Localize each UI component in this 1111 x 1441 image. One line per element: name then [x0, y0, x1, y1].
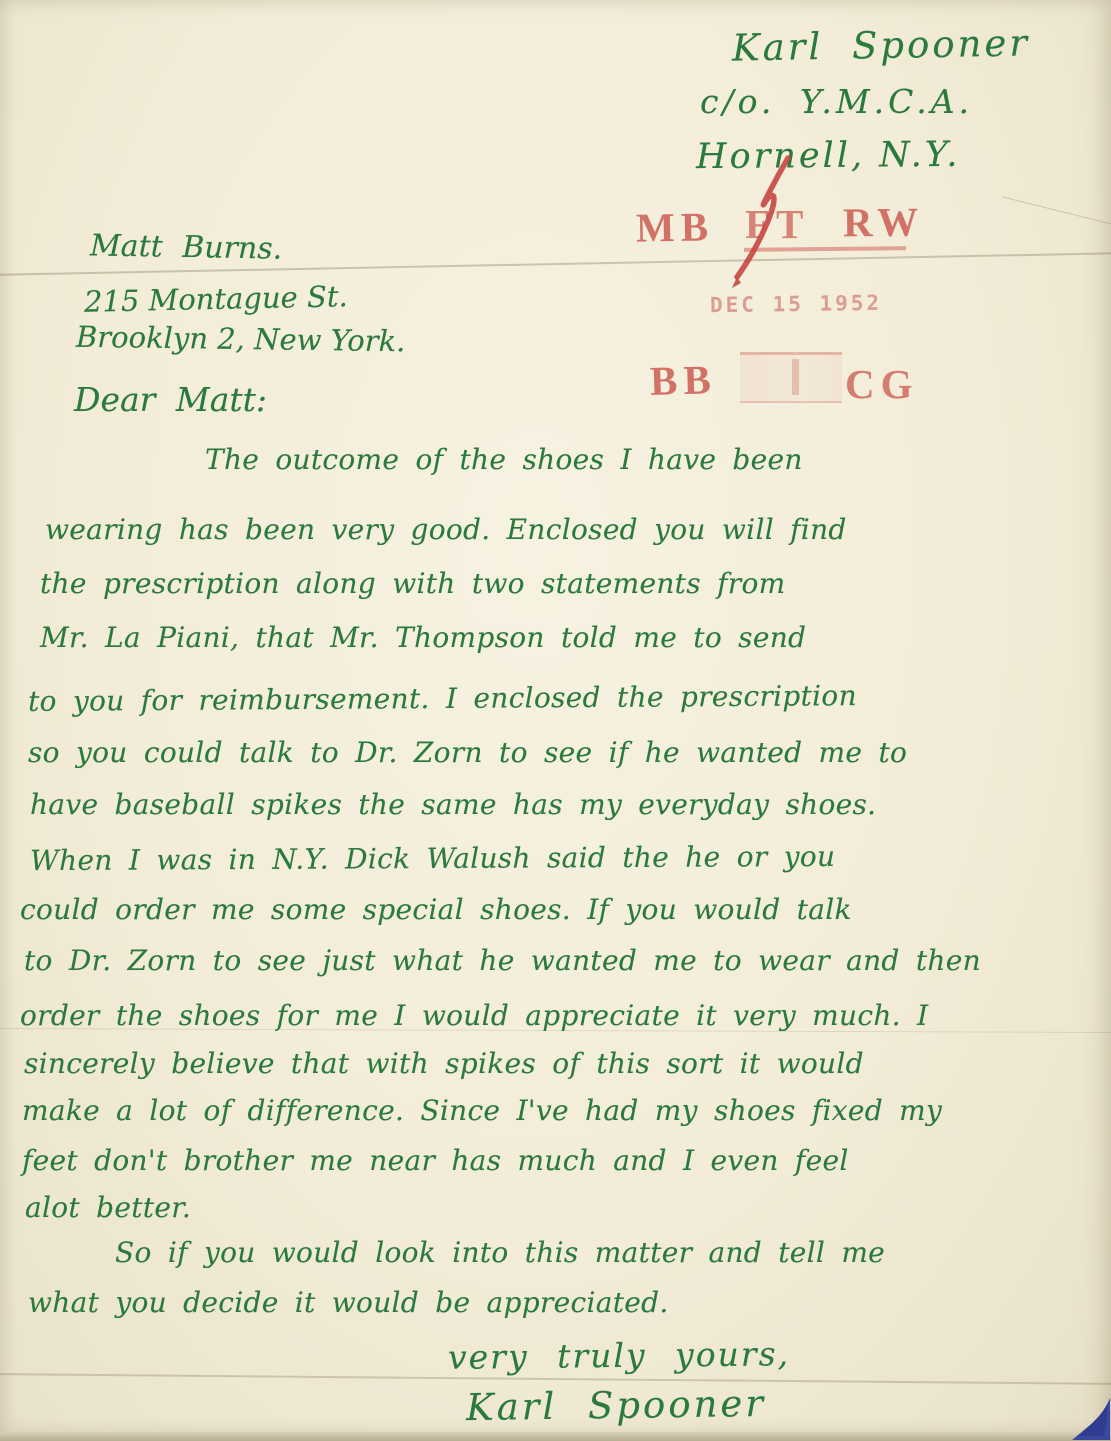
body-line: sincerely believe that with spikes of th… — [24, 1047, 864, 1080]
body-line: alot better. — [25, 1191, 191, 1224]
body-line: have baseball spikes the same has my eve… — [30, 788, 876, 821]
body-line: so you could talk to Dr. Zorn to see if … — [28, 736, 907, 769]
body-line: to Dr. Zorn to see just what he wanted m… — [24, 944, 981, 977]
body-line: could order me some special shoes. If yo… — [20, 893, 852, 926]
recipient-name: Matt Burns. — [90, 228, 283, 266]
body-line: So if you would look into this matter an… — [115, 1236, 885, 1269]
body-line: Mr. La Piani, that Mr. Thompson told me … — [40, 621, 806, 654]
body-line: The outcome of the shoes I have been — [205, 443, 803, 476]
page-bottom-edge — [0, 1432, 1111, 1441]
sender-name: Karl Spooner — [732, 21, 1031, 69]
letter-page: Karl Spooner c/o. Y.M.C.A. Hornell, N.Y.… — [0, 0, 1111, 1441]
body-line: what you decide it would be appreciated. — [28, 1286, 669, 1319]
body-line: When I was in N.Y. Dick Walush said the … — [30, 840, 835, 877]
routing-stamp-cg: CG — [845, 360, 919, 408]
routing-stamp-bb: BB — [649, 355, 717, 405]
body-line: order the shoes for me I would appreciat… — [20, 999, 928, 1032]
date-received-stamp: DEC 15 1952 — [710, 291, 882, 317]
sender-care-of: c/o. Y.M.C.A. — [700, 82, 973, 121]
recipient-street: 215 Montague St. — [84, 279, 348, 319]
routing-stamp-rw: RW — [843, 198, 925, 247]
body-line: feet don't brother me near has much and … — [22, 1144, 849, 1177]
body-line: the prescription along with two statemen… — [40, 567, 785, 600]
fold-crease — [1002, 196, 1111, 228]
signature: Karl Spooner — [466, 1382, 767, 1429]
body-line: make a lot of difference. Since I've had… — [22, 1094, 942, 1127]
red-pen-scrawl-mark — [700, 150, 810, 295]
blue-ink-blot — [1064, 1394, 1111, 1441]
valediction: very truly yours, — [448, 1334, 790, 1377]
faded-stamp-smudge — [740, 352, 842, 403]
body-line: wearing has been very good. Enclosed you… — [45, 513, 847, 546]
body-line: to you for reimbursement. I enclosed the… — [28, 679, 857, 718]
salutation: Dear Matt: — [74, 380, 267, 419]
recipient-city: Brooklyn 2, New York. — [76, 320, 406, 359]
